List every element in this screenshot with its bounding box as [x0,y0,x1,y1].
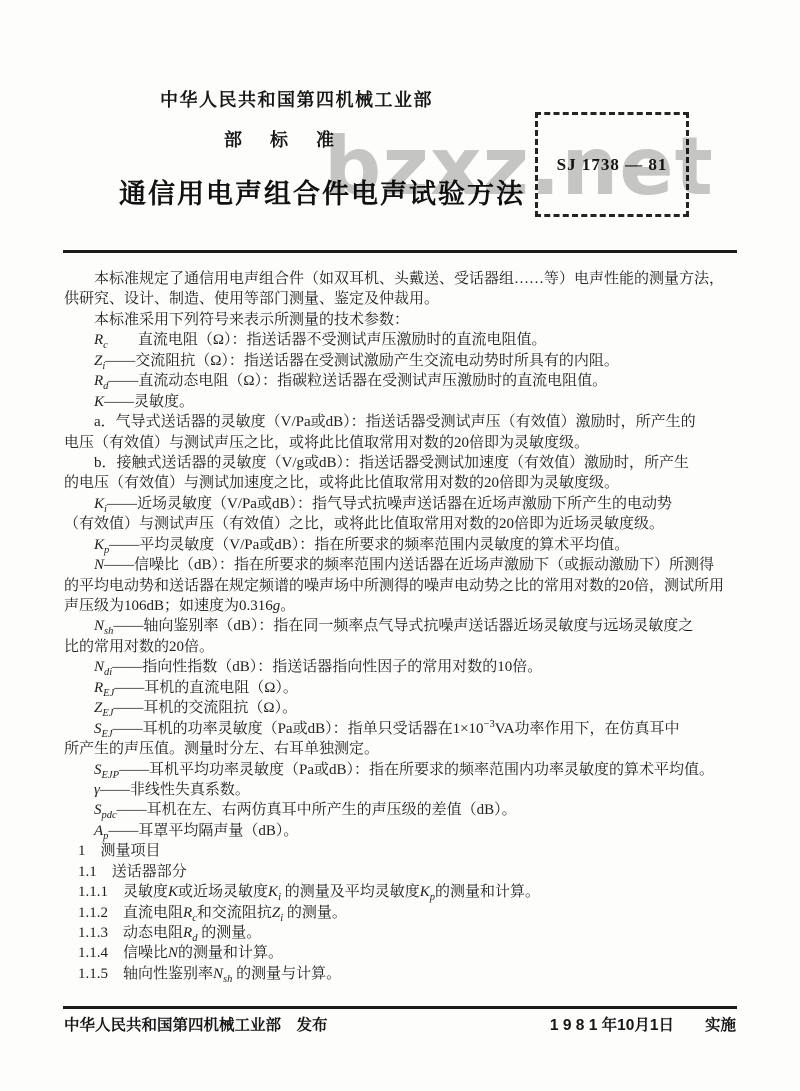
symbol-text: K [420,884,430,900]
body-text: 本标准采用下列符号来表示所测量的技术参数： [94,312,409,328]
body-text: ——耳机在左、右两仿真耳中所产生的声压级的差值（dB）。 [117,802,517,818]
body-text: ——平均灵敏度（V/Pa或dB）：指在所要求的频率范围内灵敏度的算术平均值。 [109,537,629,553]
body-text: 电压（有效值）与测试声压之比，或将此比值取常用对数的20倍即为灵敏度级。 [64,435,589,451]
doc-line: 1.1.5 轴向性鉴别率Nsh 的测量与计算。 [64,964,744,984]
body-text: ——指向性指数（dB）：指送话器指向性因子的常用对数的10倍。 [112,659,542,675]
doc-line: SEJP——耳机平均功率灵敏度（Pa或dB）：指在所要求的频率范围内功率灵敏度的… [64,760,744,780]
doc-line: Ndi——指向性指数（dB）：指送话器指向性因子的常用对数的10倍。 [64,657,744,677]
symbol-text: K [94,394,104,410]
body-text: （有效值）与测试声压（有效值）之比，或将此比值取常用对数的20倍即为近场灵敏度级… [64,516,664,532]
symbol-text: N [94,659,104,675]
body-text: b．接触式送话器的灵敏度（V/g或dB）：指送话器受测试加速度（有效值）激励时，… [94,455,689,471]
body-text: 1.1.4 信噪比 [78,945,168,961]
body-text: 1.1.5 轴向性鉴别率 [78,966,213,982]
doc-line: 本标准采用下列符号来表示所测量的技术参数： [64,310,744,330]
doc-line: a．气导式送话器的灵敏度（V/Pa或dB）：指送话器受测试声压（有效值）激励时，… [64,412,744,432]
doc-line: ZEJ——耳机的交流阻抗（Ω）。 [64,698,744,718]
symbol-text: R [94,373,103,389]
doc-line: REJ——耳机的直流电阻（Ω）。 [64,678,744,698]
symbol-text: EJ [103,688,114,699]
body-text: ——耳机平均功率灵敏度（Pa或dB）：指在所要求的频率范围内功率灵敏度的算术平均… [119,762,714,778]
doc-line: N——信噪比（dB）：指在所要求的频率范围内送话器在近场声激励下（或振动激励下）… [64,555,744,575]
doc-line: γ——非线性失真系数。 [64,780,744,800]
doc-line: 1.1.2 直流电阻Rc和交流阻抗Zi 的测量。 [64,903,744,923]
symbol-text: N [94,618,104,634]
symbol-text: R [94,332,103,348]
doc-line: 1.1 送话器部分 [64,862,744,882]
symbol-text: sh [104,626,113,637]
body-text: VA功率作用下，在仿真耳中 [495,721,680,737]
body-text: 的平均电动势和送话器在规定频谱的噪声场中所测得的噪声电动势之比的常用对数的20倍… [64,578,724,594]
body-text: 的测量及平均灵敏度 [281,884,420,900]
doc-line: 所产生的声压值。测量时分左、右耳单独测定。 [64,739,744,759]
doc-line: Rd——直流动态电阻（Ω）：指碳粒送话器在受测试声压激励时的直流电阻值。 [64,371,744,391]
body-text: 的电压（有效值）与测试加速度之比，或将此比值取常用对数的20倍即为灵敏度级。 [64,475,619,491]
doc-line: 1.1.1 灵敏度K或近场灵敏度Ki 的测量及平均灵敏度Kp的测量和计算。 [64,882,744,902]
doc-line: 供研究、设计、制造、使用等部门测量、鉴定及仲裁用。 [64,289,744,309]
doc-line: 的平均电动势和送话器在规定频谱的噪声场中所测得的噪声电动势之比的常用对数的20倍… [64,576,744,596]
body-text: ——耳罩平均隔声量（dB）。 [108,823,298,839]
body-text: 1.1.2 直流电阻 [78,905,183,921]
body-text: 比的常用对数的20倍。 [64,639,214,655]
symbol-text: K [168,884,178,900]
symbol-text: −3 [484,719,495,730]
body-text: 1.1.3 动态电阻 [78,925,183,941]
body-text: ——近场灵敏度（V/Pa或dB）：指气导式抗噪声送话器在近场声激励下所产生的电动… [107,496,672,512]
body-text: 的测量。 [197,925,261,941]
symbol-text: Z [272,905,280,921]
symbol-text: K [94,537,104,553]
doc-line: SEJ——耳机的功率灵敏度（Pa或dB）：指单只受话器在1×10−3VA功率作用… [64,719,744,739]
symbol-text: R [94,680,103,696]
doc-line: 1.1.3 动态电阻Rd 的测量。 [64,923,744,943]
symbol-text: N [213,966,223,982]
doc-line: 比的常用对数的20倍。 [64,637,744,657]
doc-line: b．接触式送话器的灵敏度（V/g或dB）：指送话器受测试加速度（有效值）激励时，… [64,453,744,473]
body-text: ——轴向鉴别率（dB）：指在同一频率点气导式抗噪声送话器近场灵敏度与远场灵敏度之 [113,618,693,634]
body-text: ——灵敏度。 [104,394,194,410]
body-text: 供研究、设计、制造、使用等部门测量、鉴定及仲裁用。 [64,291,439,307]
symbol-text: A [94,823,103,839]
footer-publisher: 中华人民共和国第四机械工业部 发布 [64,1013,328,1035]
body-text: 的测量和计算。 [178,945,283,961]
doc-line: 的电压（有效值）与测试加速度之比，或将此比值取常用对数的20倍即为灵敏度级。 [64,473,744,493]
body-text: a．气导式送话器的灵敏度（V/Pa或dB）：指送话器受测试声压（有效值）激励时，… [94,414,696,430]
symbol-text: S [94,802,102,818]
body-text: 的测量与计算。 [232,966,341,982]
doc-line: 1.1.4 信噪比N的测量和计算。 [64,943,744,963]
doc-line: 1 测量项目 [64,841,744,861]
standard-number: SJ 1738 — 81 [557,155,668,175]
document-body: 本标准规定了通信用电声组合件（如双耳机、头戴送、受话器组……等）电声性能的测量方… [64,269,744,984]
symbol-text: N [168,945,178,961]
body-text: 1.1.1 灵敏度 [78,884,168,900]
symbol-text: sh [223,974,232,985]
standard-type-label: 部 标 准 [224,126,339,152]
body-text: 1.1 送话器部分 [78,864,187,880]
body-text: 。 [280,598,295,614]
body-text: 所产生的声压值。测量时分左、右耳单独测定。 [64,741,379,757]
symbol-text: K [94,496,104,512]
body-text: ——耳机的交流阻抗（Ω）。 [113,700,297,716]
symbol-text: S [94,762,102,778]
symbol-text: EJP [102,770,120,781]
symbol-text: S [94,721,102,737]
document-footer: 中华人民共和国第四机械工业部 发布 1 9 8 1 年10月1日 实施 [64,1013,736,1035]
body-text: 的测量和计算。 [435,884,540,900]
doc-line: K——灵敏度。 [64,392,744,412]
symbol-text: R [183,905,192,921]
symbol-text: EJ [102,729,113,740]
doc-line: Rc 直流电阻（Ω）：指送话器不受测试声压激励时的直流电阻值。 [64,330,744,350]
doc-line: 声压级为106dB；如速度为0.316g。 [64,596,744,616]
doc-line: Zi——交流阻抗（Ω）：指送话器在受测试激励产生交流电动势时所具有的内阻。 [64,351,744,371]
body-text: 直流电阻（Ω）：指送话器不受测试声压激励时的直流电阻值。 [108,332,547,348]
symbol-text: R [183,925,192,941]
symbol-text: di [104,667,112,678]
document-page: 中华人民共和国第四机械工业部 部 标 准 bzxz.net SJ 1738 — … [0,0,800,1091]
body-text: ——耳机的直流电阻（Ω）。 [114,680,298,696]
ministry-name: 中华人民共和国第四机械工业部 [160,86,433,112]
footer-implementation-date: 1 9 8 1 年10月1日 实施 [550,1013,736,1035]
symbol-text: N [94,557,104,573]
document-title: 通信用电声组合件电声试验方法 [119,172,525,211]
header-divider [63,250,737,253]
doc-line: Nsh——轴向鉴别率（dB）：指在同一频率点气导式抗噪声送话器近场灵敏度与远场灵… [64,616,744,636]
body-text: ——非线性失真系数。 [100,782,250,798]
symbol-text: EJ [102,708,113,719]
doc-line: Ki——近场灵敏度（V/Pa或dB）：指气导式抗噪声送话器在近场声激励下所产生的… [64,494,744,514]
doc-line: 本标准规定了通信用电声组合件（如双耳机、头戴送、受话器组……等）电声性能的测量方… [64,269,744,289]
body-text: ——直流动态电阻（Ω）：指碳粒送话器在受测试声压激励时的直流电阻值。 [108,373,607,389]
doc-line: （有效值）与测试声压（有效值）之比，或将此比值取常用对数的20倍即为近场灵敏度级… [64,514,744,534]
doc-line: Kp——平均灵敏度（V/Pa或dB）：指在所要求的频率范围内灵敏度的算术平均值。 [64,535,744,555]
standard-number-box: SJ 1738 — 81 [535,112,689,217]
symbol-text: pdc [102,810,117,821]
body-text: 1 测量项目 [78,843,161,859]
body-text: ——信噪比（dB）：指在所要求的频率范围内送话器在近场声激励下（或振动激励下）所… [104,557,714,573]
body-text: 或近场灵敏度 [178,884,268,900]
doc-line: 电压（有效值）与测试声压之比，或将此比值取常用对数的20倍即为灵敏度级。 [64,433,744,453]
body-text: 和交流阻抗 [197,905,272,921]
body-text: ——耳机的功率灵敏度（Pa或dB）：指单只受话器在1×10 [113,721,484,737]
doc-line: Spdc——耳机在左、右两仿真耳中所产生的声压级的差值（dB）。 [64,800,744,820]
body-text: 本标准规定了通信用电声组合件（如双耳机、头戴送、受话器组……等）电声性能的测量方… [94,271,724,287]
symbol-text: K [268,884,278,900]
body-text: 声压级为106dB；如速度为0.316 [64,598,273,614]
body-text: ——交流阻抗（Ω）：指送话器在受测试激励产生交流电动势时所具有的内阻。 [105,353,619,369]
doc-line: Ap——耳罩平均隔声量（dB）。 [64,821,744,841]
footer-divider [63,1006,737,1009]
body-text: 的测量。 [283,905,347,921]
